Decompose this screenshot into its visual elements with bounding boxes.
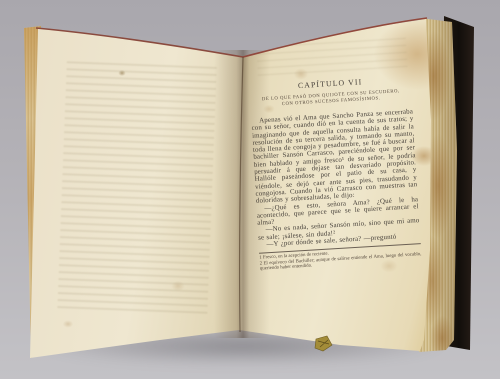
show-through-text bbox=[256, 38, 408, 81]
body-text: Apenas vió el Ama que Sancho Panza se en… bbox=[251, 108, 421, 249]
page-text-block: CAPÍTULO VII DE LO QUE PASÓ DON QUIJOTE … bbox=[249, 74, 422, 272]
photo-background: CAPÍTULO VII DE LO QUE PASÓ DON QUIJOTE … bbox=[0, 0, 500, 379]
paragraph: Apenas vió el Ama que Sancho Panza se en… bbox=[251, 108, 418, 205]
footnotes: 1 Fresco, en la acepción de reciente. 2 … bbox=[259, 246, 422, 272]
chapter-subtitle: DE LO QUE PASÓ DON QUIJOTE CON SU ESCUDE… bbox=[250, 88, 412, 110]
left-page bbox=[28, 24, 246, 362]
show-through-text bbox=[57, 61, 217, 319]
right-page: CAPÍTULO VII DE LO QUE PASÓ DON QUIJOTE … bbox=[239, 14, 435, 356]
